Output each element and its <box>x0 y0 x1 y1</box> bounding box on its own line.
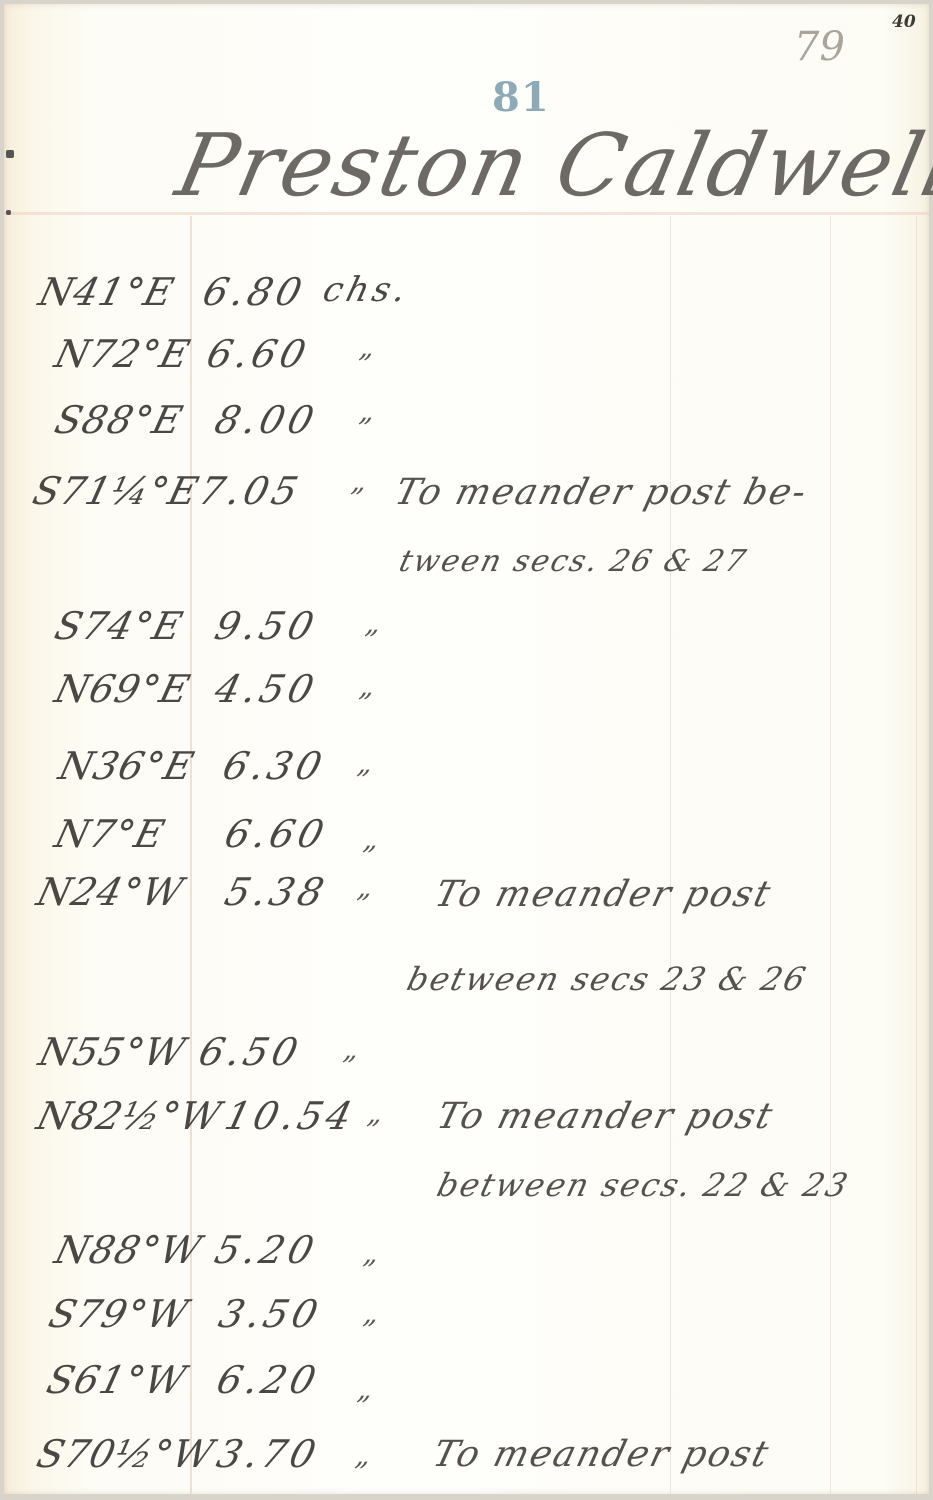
entry-distance: 6.60 <box>203 332 315 376</box>
entry-distance: 6.80 <box>199 270 311 314</box>
entry-bearing: N72°E <box>51 332 195 376</box>
entry-bearing: S79°W <box>45 1292 193 1336</box>
ditto-mark: ” <box>344 482 367 515</box>
entry-distance: 7.05 <box>195 469 307 513</box>
entry-note: To meander post <box>431 874 776 915</box>
folio-number: 79 <box>794 24 845 70</box>
entry-bearing: N82½°W <box>33 1094 226 1138</box>
entry-bearing: N36°E <box>55 744 199 788</box>
entry-bearing: N88°W <box>51 1228 207 1272</box>
ditto-mark: ” <box>352 412 375 445</box>
entry-distance: 3.70 <box>213 1432 325 1476</box>
entry-distance: 8.00 <box>211 398 323 442</box>
ditto-mark: ” <box>356 1254 379 1287</box>
entry-note-continued: tween secs. 26 & 27 <box>396 544 751 579</box>
ditto-mark: ” <box>356 840 379 873</box>
ledger-page: 81 79 40 Preston Caldwell N41°E 6.80 chs… <box>4 4 929 1494</box>
column-rule-2 <box>670 216 671 1494</box>
entry-bearing: S70½°W <box>33 1432 219 1476</box>
ditto-mark: ” <box>350 764 373 797</box>
ditto-mark: ” <box>352 687 375 720</box>
entry-distance: 6.50 <box>195 1030 307 1074</box>
entry-bearing: N69°E <box>51 667 195 711</box>
entry-note: To meander post <box>433 1096 778 1137</box>
column-rule-3 <box>830 216 831 1494</box>
entry-bearing: S71¼°E <box>29 469 204 513</box>
entry-bearing: N7°E <box>51 812 170 856</box>
entry-unit: chs. <box>319 270 414 310</box>
entry-distance: 4.50 <box>211 667 323 711</box>
entry-note: To meander post be- <box>391 472 812 513</box>
entry-bearing: S88°E <box>51 398 188 442</box>
ditto-mark: ” <box>356 1314 379 1347</box>
entry-note-continued: between secs 23 & 26 <box>403 960 811 998</box>
ditto-mark: ” <box>336 1050 359 1083</box>
page-title: Preston Caldwell <box>168 116 933 216</box>
column-rule-4 <box>916 216 917 1494</box>
folio-superscript: 40 <box>892 12 916 32</box>
entry-distance: 6.60 <box>221 812 333 856</box>
entry-bearing: S61°W <box>43 1358 191 1402</box>
margin-mark <box>6 210 11 215</box>
entry-bearing: N41°E <box>35 270 179 314</box>
entry-distance: 6.30 <box>219 744 331 788</box>
ditto-mark: ” <box>348 1456 371 1489</box>
entry-note: To meander post <box>429 1434 774 1475</box>
page-number-stamp: 81 <box>492 74 550 121</box>
ditto-mark: ” <box>358 624 381 657</box>
ditto-mark: ” <box>352 348 375 381</box>
entry-bearing: S74°E <box>51 604 188 648</box>
margin-mark <box>6 150 14 158</box>
entry-note-continued: between secs. 22 & 23 <box>433 1166 853 1204</box>
entry-distance: 5.20 <box>211 1228 323 1272</box>
ditto-mark: ” <box>350 888 373 921</box>
ditto-mark: ” <box>360 1114 383 1147</box>
entry-distance: 6.20 <box>213 1358 325 1402</box>
ditto-mark: ” <box>350 1390 373 1423</box>
entry-bearing: N24°W <box>33 870 189 914</box>
entry-distance: 3.50 <box>215 1292 327 1336</box>
entry-distance: 9.50 <box>211 604 323 648</box>
entry-distance: 10.54 <box>221 1094 361 1138</box>
entry-distance: 5.38 <box>221 870 333 914</box>
entry-bearing: N55°W <box>35 1030 191 1074</box>
